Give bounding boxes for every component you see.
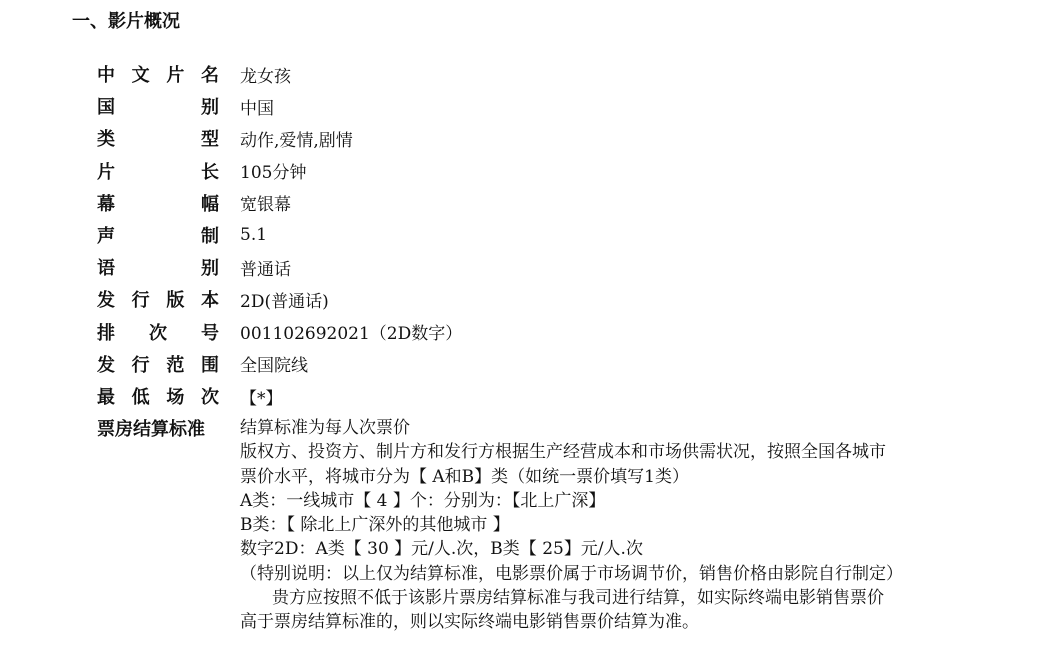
field-label-char: 语	[97, 254, 115, 280]
settlement-line: 数字2D：A类【 30 】元/人.次，B类【 25】元/人.次	[240, 537, 1000, 561]
field-label: 最低场次	[97, 383, 219, 409]
field-label-char: 围	[201, 351, 219, 377]
field-label: 声制	[97, 222, 219, 248]
field-row-settlement: 票房结算标准	[97, 414, 219, 442]
field-label-char: 场	[166, 383, 184, 409]
field-label-char: 低	[132, 383, 150, 409]
field-row: 片长105分钟	[97, 157, 219, 185]
settlement-line: 结算标准为每人次票价	[240, 416, 1000, 440]
field-value: 001102692021（2D数字）	[240, 319, 462, 344]
field-value: 中国	[240, 94, 274, 119]
field-label-char: 号	[201, 319, 219, 345]
field-label-char: 幅	[201, 190, 219, 216]
settlement-line: 票价水平，将城市分为【 A和B】类（如统一票价填写1类）	[240, 465, 1000, 489]
field-value: 【*】	[240, 384, 283, 409]
field-row: 排次号001102692021（2D数字）	[97, 318, 219, 346]
field-value: 105分钟	[240, 158, 306, 183]
field-label-char: 文	[132, 61, 150, 87]
field-label: 发行版本	[97, 286, 219, 312]
field-value: 全国院线	[240, 351, 308, 376]
field-label-char: 中	[97, 61, 115, 87]
settlement-line: A类：一线城市【 4 】个：分别为：【北上广深】	[240, 489, 1000, 513]
settlement-line: 高于票房结算标准的，则以实际终端电影销售票价结算为准。	[240, 610, 1000, 634]
settlement-text: 结算标准为每人次票价 版权方、投资方、制片方和发行方根据生产经营成本和市场供需状…	[240, 416, 1000, 635]
field-label-char: 类	[97, 125, 115, 151]
settlement-line: （特别说明：以上仅为结算标准，电影票价属于市场调节价，销售价格由影院自行制定）	[240, 562, 1000, 586]
field-value: 5.1	[240, 225, 267, 245]
field-label: 片长	[97, 158, 219, 184]
field-row: 最低场次【*】	[97, 382, 219, 410]
field-value: 普通话	[240, 255, 291, 280]
settlement-line: B类：【 除北上广深外的其他城市 】	[240, 513, 1000, 537]
field-row: 发行范围全国院线	[97, 350, 219, 378]
field-label-char: 制	[201, 222, 219, 248]
field-label-char: 行	[132, 286, 150, 312]
field-label-char: 排	[97, 319, 115, 345]
field-label-char: 片	[97, 158, 115, 184]
field-label-char: 范	[166, 351, 184, 377]
field-label-char: 发	[97, 351, 115, 377]
field-row: 类型动作,爱情,剧情	[97, 124, 219, 152]
field-value: 宽银幕	[240, 190, 291, 215]
field-label-char: 本	[201, 286, 219, 312]
field-label-char: 次	[201, 383, 219, 409]
settlement-line: 版权方、投资方、制片方和发行方根据生产经营成本和市场供需状况，按照全国各城市	[240, 440, 1000, 464]
field-label-char: 国	[97, 93, 115, 119]
field-value: 动作,爱情,剧情	[240, 126, 353, 151]
field-row: 幕幅宽银幕	[97, 189, 219, 217]
field-label-char: 版	[166, 286, 184, 312]
field-label-char: 名	[201, 61, 219, 87]
field-row: 国别中国	[97, 92, 219, 120]
field-label: 幕幅	[97, 190, 219, 216]
field-label-char: 片	[166, 61, 184, 87]
section-title: 一、影片概况	[72, 9, 180, 35]
field-label-char: 幕	[97, 190, 115, 216]
field-label-char: 型	[201, 125, 219, 151]
field-label-char: 次	[149, 319, 167, 345]
field-label-char: 发	[97, 286, 115, 312]
field-label-char: 最	[97, 383, 115, 409]
field-label: 类型	[97, 125, 219, 151]
field-label: 中文片名	[97, 61, 219, 87]
field-value: 2D(普通话)	[240, 287, 329, 312]
field-label-char: 别	[201, 93, 219, 119]
field-label-char: 长	[201, 158, 219, 184]
field-row: 发行版本2D(普通话)	[97, 285, 219, 313]
field-label-char: 别	[201, 254, 219, 280]
field-row: 声制5.1	[97, 221, 219, 249]
field-value: 龙女孩	[240, 62, 291, 87]
field-label: 国别	[97, 93, 219, 119]
field-label-char: 行	[132, 351, 150, 377]
field-label-settlement: 票房结算标准	[97, 415, 219, 441]
field-row: 中文片名龙女孩	[97, 60, 219, 88]
field-row: 语别普通话	[97, 253, 219, 281]
field-label-char: 声	[97, 222, 115, 248]
settlement-line: 贵方应按照不低于该影片票房结算标准与我司进行结算，如实际终端电影销售票价	[240, 586, 1000, 610]
field-label: 发行范围	[97, 351, 219, 377]
field-label: 排次号	[97, 319, 219, 345]
field-label: 语别	[97, 254, 219, 280]
